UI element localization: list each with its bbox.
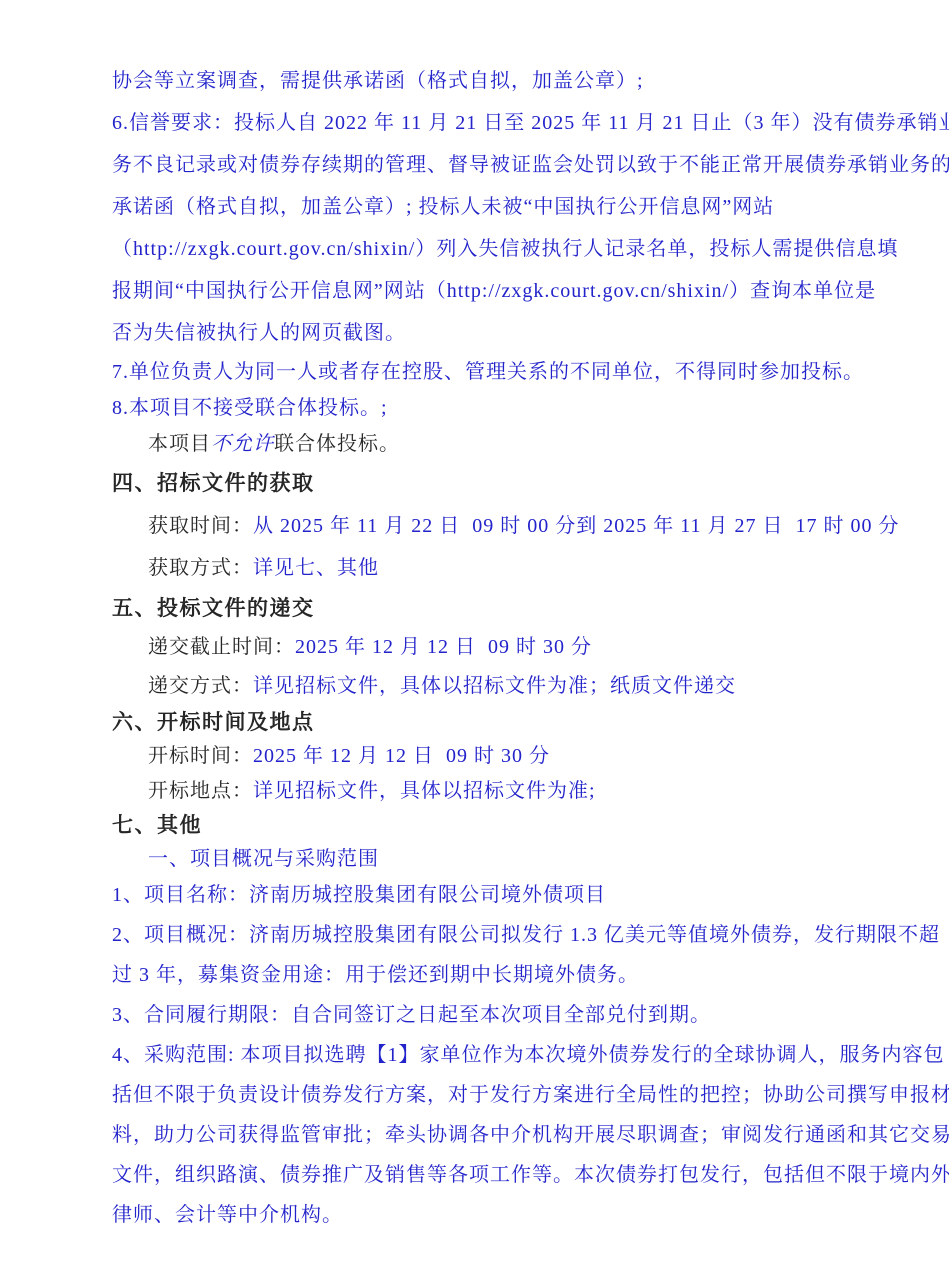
submit-deadline-line: 递交截止时间：2025 年 12 月 12 日 09 时 30 分	[112, 628, 933, 667]
section4-heading: 四、招标文件的获取	[112, 462, 933, 505]
section7-heading: 七、其他	[112, 809, 933, 842]
section7-subheading: 一、项目概况与采购范围	[112, 842, 933, 876]
joint-bid-note-emphasis: 不允许	[211, 433, 274, 455]
obtain-time-value: 从 2025 年 11 月 22 日 09 时 00 分到 2025 年 11 …	[253, 515, 900, 537]
submit-deadline-value: 2025 年 12 月 12 日 09 时 30 分	[295, 636, 592, 658]
obtain-method-label: 获取方式：	[148, 557, 253, 579]
item6-line-1: 6.信誉要求：投标人自 2022 年 11 月 21 日至 2025 年 11 …	[112, 102, 933, 144]
open-time-value: 2025 年 12 月 12 日 09 时 30 分	[253, 745, 550, 767]
submit-method-label: 递交方式：	[148, 675, 253, 697]
obtain-time-label: 获取时间：	[148, 515, 253, 537]
submit-method-line: 递交方式：详见招标文件，具体以招标文件为准；纸质文件递交	[112, 667, 933, 706]
obtain-method-line: 获取方式：详见七、其他	[112, 547, 933, 589]
document-page: 协会等立案调查，需提供承诺函（格式自拟，加盖公章）; 6.信誉要求：投标人自 2…	[0, 0, 949, 1287]
submit-deadline-label: 递交截止时间：	[148, 636, 295, 658]
open-place-label: 开标地点：	[148, 780, 253, 802]
section5-heading: 五、投标文件的递交	[112, 589, 933, 628]
procurement-scope-line-3: 料，助力公司获得监管审批；牵头协调各中介机构开展尽职调查；审阅发行通函和其它交易	[112, 1115, 933, 1155]
item6-line-5-url: 报期间“中国执行公开信息网”网站（http://zxgk.court.gov.c…	[112, 270, 933, 312]
section6-heading: 六、开标时间及地点	[112, 706, 933, 739]
procurement-scope-line-4: 文件，组织路演、债券推广及销售等各项工作等。本次债券打包发行，包括但不限于境内外	[112, 1155, 933, 1195]
obtain-method-value: 详见七、其他	[253, 557, 379, 579]
item7-line: 7.单位负责人为同一人或者存在控股、管理关系的不同单位，不得同时参加投标。	[112, 354, 933, 390]
open-time-line: 开标时间：2025 年 12 月 12 日 09 时 30 分	[112, 739, 933, 774]
submit-method-value: 详见招标文件，具体以招标文件为准；纸质文件递交	[253, 675, 736, 697]
procurement-scope-line-2: 括但不限于负责设计债券发行方案，对于发行方案进行全局性的把控；协助公司撰写申报材	[112, 1075, 933, 1115]
item8-line: 8.本项目不接受联合体投标。;	[112, 390, 933, 426]
contract-term-line: 3、合同履行期限：自合同签订之日起至本次项目全部兑付到期。	[112, 995, 933, 1035]
project-name-line: 1、项目名称：济南历城控股集团有限公司境外债项目	[112, 876, 933, 915]
project-overview-line-1: 2、项目概况：济南历城控股集团有限公司拟发行 1.3 亿美元等值境外债券，发行期…	[112, 915, 933, 955]
obtain-time-line: 获取时间：从 2025 年 11 月 22 日 09 时 00 分到 2025 …	[112, 505, 933, 547]
item6-line-6: 否为失信被执行人的网页截图。	[112, 312, 933, 354]
intro-tail-line: 协会等立案调查，需提供承诺函（格式自拟，加盖公章）;	[112, 60, 933, 102]
item6-line-4-url: （http://zxgk.court.gov.cn/shixin/）列入失信被执…	[112, 228, 933, 270]
procurement-scope-line-1: 4、采购范围: 本项目拟选聘【1】家单位作为本次境外债券发行的全球协调人，服务内…	[112, 1035, 933, 1075]
project-overview-line-2: 过 3 年，募集资金用途：用于偿还到期中长期境外债务。	[112, 955, 933, 995]
item6-line-2: 务不良记录或对债券存续期的管理、督导被证监会处罚以致于不能正常开展债券承销业务的	[112, 144, 933, 186]
item6-line-3: 承诺函（格式自拟，加盖公章）; 投标人未被“中国执行公开信息网”网站	[112, 186, 933, 228]
open-place-line: 开标地点：详见招标文件，具体以招标文件为准;	[112, 774, 933, 809]
open-time-label: 开标时间：	[148, 745, 253, 767]
joint-bid-note-suffix: 联合体投标。	[274, 433, 400, 455]
open-place-value: 详见招标文件，具体以招标文件为准;	[253, 780, 596, 802]
joint-bid-note-line: 本项目不允许联合体投标。	[112, 426, 933, 462]
joint-bid-note-prefix: 本项目	[148, 433, 211, 455]
procurement-scope-line-5: 律师、会计等中介机构。	[112, 1195, 933, 1235]
